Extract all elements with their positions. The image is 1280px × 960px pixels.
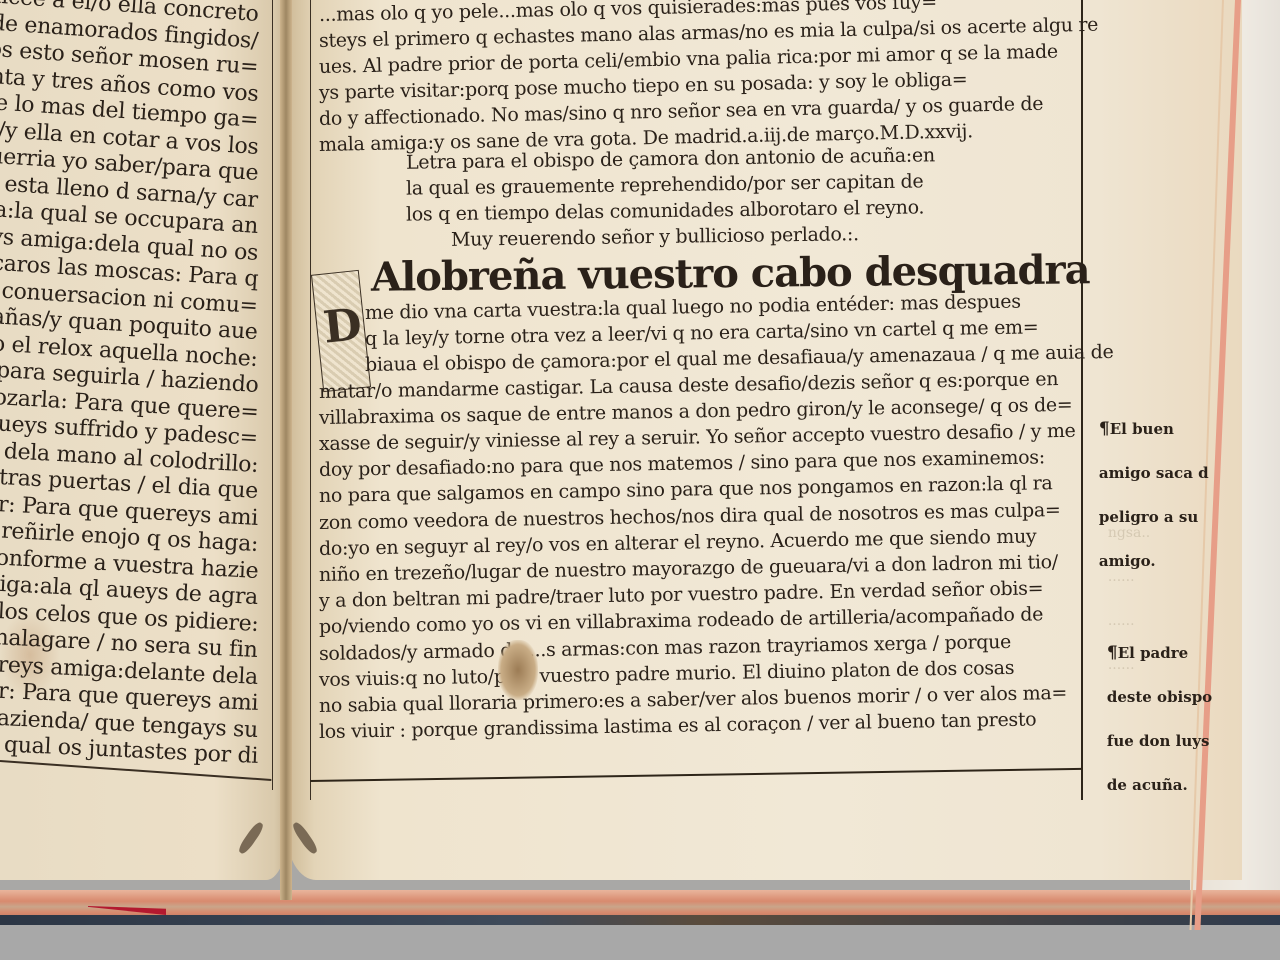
marginal-line: de acuña. <box>1107 776 1188 794</box>
book-gutter <box>280 0 292 900</box>
book-photo-scene: ...dicee a el/o ella concretoys/q de ena… <box>0 0 1280 960</box>
ghost-line: ...... <box>1108 613 1135 629</box>
decorated-initial: D <box>311 270 371 392</box>
right-page-text-column: Alobreña vuestro cabo desquadra D ...mas… <box>310 0 1083 800</box>
table-surface <box>0 925 1280 960</box>
letter-heading-line: Muy reuerendo señor y bullicioso perlado… <box>451 223 859 251</box>
faded-show-through-text: ngsa.. ...... ...... ...... <box>1090 500 1150 698</box>
ink-stain <box>498 640 538 700</box>
left-page-text-column: ...dicee a el/o ella concretoys/q de ena… <box>0 0 273 790</box>
pilcrow-icon: ¶ <box>1099 419 1110 439</box>
marginal-line: fue don luys <box>1107 732 1210 750</box>
ghost-line: ngsa.. <box>1108 525 1150 541</box>
ghost-line: ...... <box>1108 569 1135 585</box>
letter-heading-line: la qual es grauemente reprehendido/por s… <box>406 170 924 199</box>
letter-heading-line: los q en tiempo delas comunidades alboro… <box>406 196 924 225</box>
ghost-line: ...... <box>1108 657 1135 673</box>
drop-cap-letter: D <box>321 299 364 354</box>
page-edges-red <box>0 890 1280 918</box>
marginal-line: El buen <box>1110 420 1174 438</box>
marginal-line: amigo saca d <box>1099 464 1209 482</box>
